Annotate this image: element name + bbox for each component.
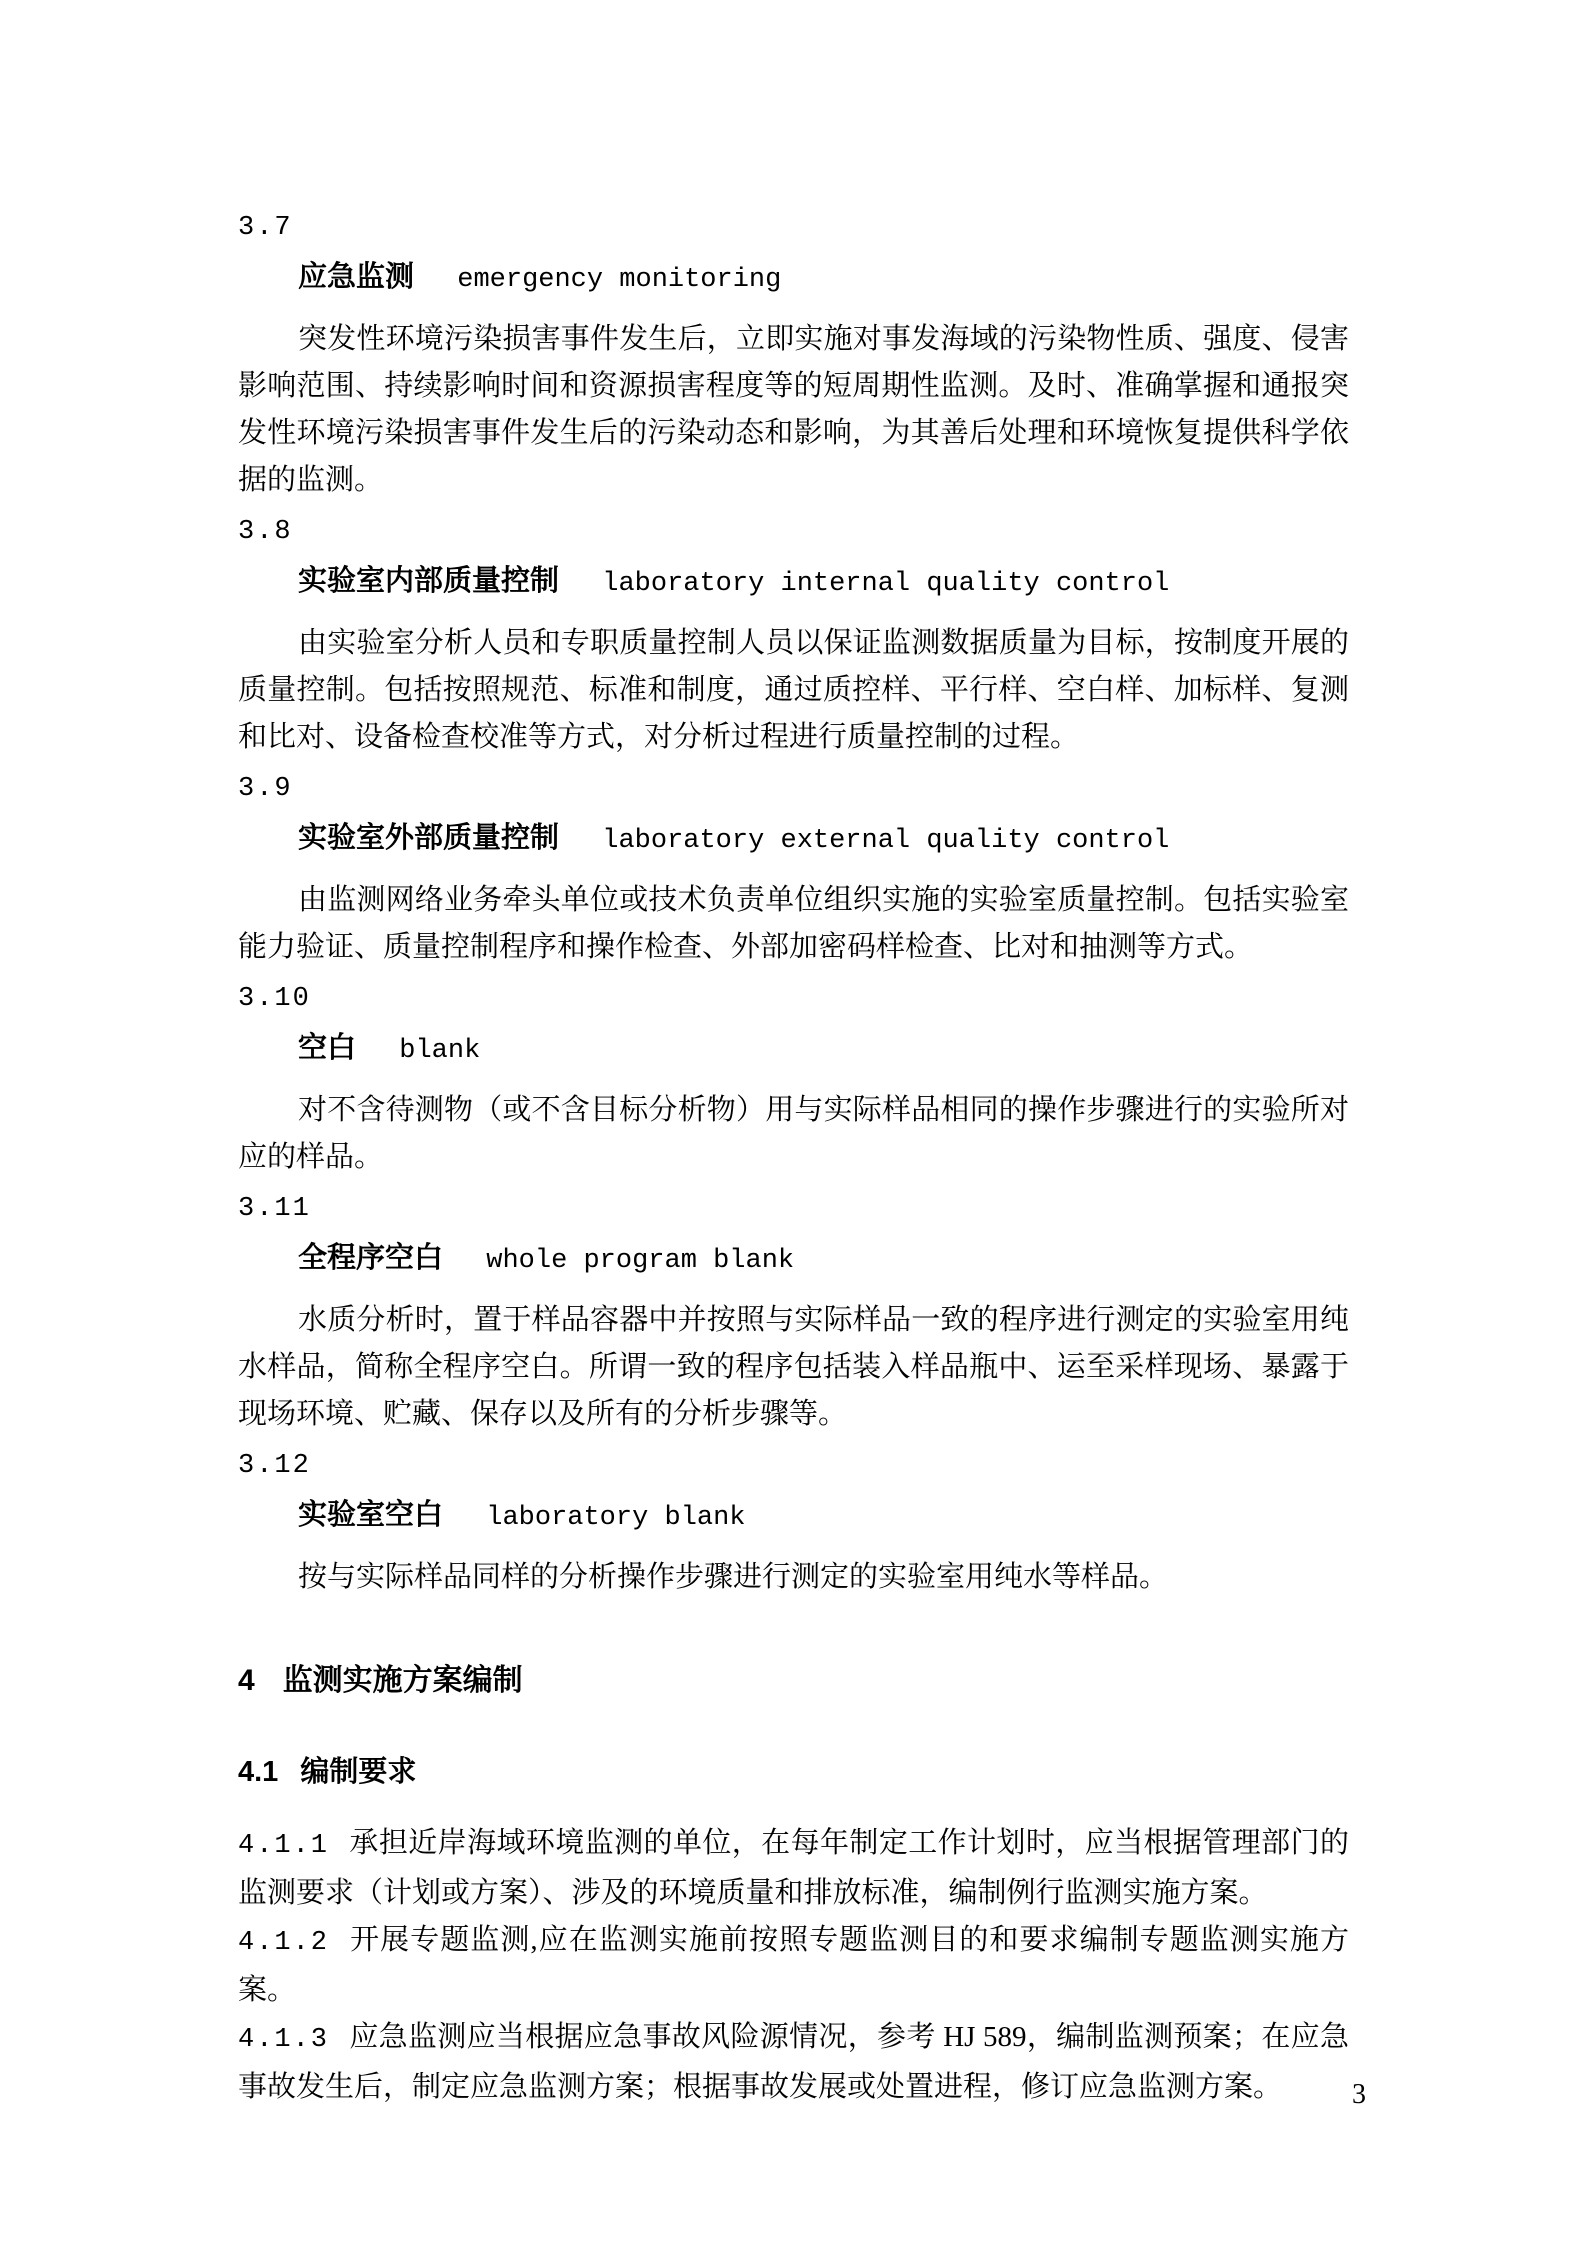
term-number: 3.9: [238, 766, 1349, 813]
term-en-label: laboratory blank: [486, 1503, 745, 1533]
term-zh-label: 全程序空白: [298, 1242, 443, 1274]
section-title: 编制要求: [300, 1756, 416, 1788]
term-number: 3.8: [238, 509, 1349, 556]
term-number: 3.12: [238, 1443, 1349, 1490]
term-block-3-11: 3.11 全程序空白 whole program blank 水质分析时，置于样…: [238, 1186, 1349, 1438]
term-definition: 突发性环境污染损害事件发生后，立即实施对事发海域的污染物性质、强度、侵害影响范围…: [238, 316, 1349, 504]
term-en-label: blank: [399, 1036, 480, 1066]
term-zh-label: 实验室内部质量控制: [298, 565, 559, 597]
section-heading: 4.1编制要求: [238, 1749, 1349, 1796]
term-zh-label: 实验室外部质量控制: [298, 822, 559, 854]
clause-4-1-1: 4.1.1承担近岸海域环境监测的单位，在每年制定工作计划时，应当根据管理部门的监…: [238, 1820, 1349, 1917]
clause-number: 4.1.3: [238, 2025, 329, 2055]
term-en-label: emergency monitoring: [457, 265, 781, 295]
term-en-label: laboratory external quality control: [602, 826, 1169, 856]
page-content: 3.7 应急监测 emergency monitoring 突发性环境污染损害事…: [238, 200, 1349, 2111]
clause-number: 4.1.1: [238, 1831, 329, 1861]
clause-4-1-3: 4.1.3应急监测应当根据应急事故风险源情况，参考 HJ 589，编制监测预案；…: [238, 2014, 1349, 2111]
term-heading: 全程序空白 whole program blank: [298, 1235, 1349, 1285]
section-number: 4.1: [238, 1756, 278, 1788]
term-heading: 实验室空白 laboratory blank: [298, 1492, 1349, 1542]
term-zh-label: 应急监测: [298, 261, 414, 293]
term-block-3-8: 3.8 实验室内部质量控制 laboratory internal qualit…: [238, 509, 1349, 761]
chapter-title: 监测实施方案编制: [283, 1664, 523, 1697]
term-heading: 实验室内部质量控制 laboratory internal quality co…: [298, 558, 1349, 608]
term-zh-label: 实验室空白: [298, 1499, 443, 1531]
term-definition: 按与实际样品同样的分析操作步骤进行测定的实验室用纯水等样品。: [238, 1554, 1349, 1601]
term-definition: 对不含待测物（或不含目标分析物）用与实际样品相同的操作步骤进行的实验所对应的样品…: [238, 1087, 1349, 1181]
term-heading: 空白 blank: [298, 1025, 1349, 1075]
term-en-label: whole program blank: [486, 1246, 794, 1276]
term-number: 3.10: [238, 976, 1349, 1023]
document-page: { "page_number": "3", "terms": [ { "numb…: [0, 0, 1587, 2245]
clause-text: 开展专题监测,应在监测实施前按照专题监测目的和要求编制专题监测实施方案。: [238, 1924, 1349, 2006]
term-number: 3.11: [238, 1186, 1349, 1233]
clause-text: 承担近岸海域环境监测的单位，在每年制定工作计划时，应当根据管理部门的监测要求（计…: [238, 1827, 1349, 1909]
page-number: 3: [1352, 2078, 1366, 2112]
clause-text: 应急监测应当根据应急事故风险源情况，参考 HJ 589，编制监测预案；在应急事故…: [238, 2021, 1349, 2103]
chapter-number: 4: [238, 1664, 255, 1697]
term-block-3-12: 3.12 实验室空白 laboratory blank 按与实际样品同样的分析操…: [238, 1443, 1349, 1601]
term-en-label: laboratory internal quality control: [602, 569, 1169, 599]
term-number: 3.7: [238, 205, 1349, 252]
clause-4-1-2: 4.1.2开展专题监测,应在监测实施前按照专题监测目的和要求编制专题监测实施方案…: [238, 1917, 1349, 2014]
term-block-3-9: 3.9 实验室外部质量控制 laboratory external qualit…: [238, 766, 1349, 971]
term-heading: 实验室外部质量控制 laboratory external quality co…: [298, 815, 1349, 865]
term-block-3-10: 3.10 空白 blank 对不含待测物（或不含目标分析物）用与实际样品相同的操…: [238, 976, 1349, 1181]
term-zh-label: 空白: [298, 1032, 356, 1064]
term-block-3-7: 3.7 应急监测 emergency monitoring 突发性环境污染损害事…: [238, 205, 1349, 504]
term-heading: 应急监测 emergency monitoring: [298, 254, 1349, 304]
term-definition: 由监测网络业务牵头单位或技术负责单位组织实施的实验室质量控制。包括实验室能力验证…: [238, 877, 1349, 971]
clause-number: 4.1.2: [238, 1928, 329, 1958]
chapter-heading: 4监测实施方案编制: [238, 1657, 1349, 1704]
term-definition: 水质分析时，置于样品容器中并按照与实际样品一致的程序进行测定的实验室用纯水样品，…: [238, 1297, 1349, 1438]
term-definition: 由实验室分析人员和专职质量控制人员以保证监测数据质量为目标，按制度开展的质量控制…: [238, 620, 1349, 761]
